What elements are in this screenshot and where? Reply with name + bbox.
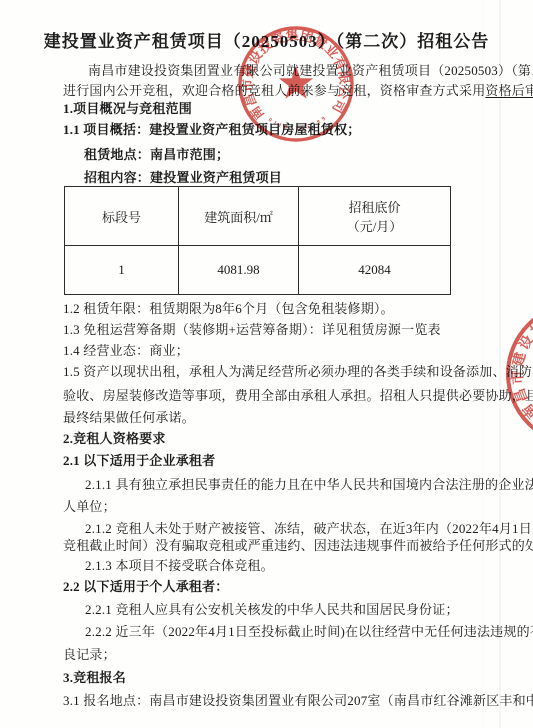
item-2-2-2-line2: 良记录；	[63, 647, 116, 663]
table-cell-area: 4081.98	[179, 246, 299, 295]
intro-line-2: 进行国内公开竞租，欢迎合格的竞租人前来参与竞租，资格审查方式采用资格后审。	[63, 83, 533, 99]
item-1-5-line1: 1.5 资产以现状出租，承租人为满足经营所必须办理的各类手续和设备添加、消防改造	[63, 364, 533, 380]
lease-location: 租赁地点：南昌市范围；	[84, 147, 229, 163]
scanned-document-page: 建投置业资产租赁项目（20250503）（第二次）招租公告 南昌市建设投资集团置…	[0, 0, 533, 728]
table-cell-section-no: 1	[65, 246, 179, 295]
table-header-section-no: 标段号	[65, 187, 179, 246]
item-2-1-1-line1: 2.1.1 具有独立承担民事责任的能力且在中华人民共和国境内合法注册的企业法	[85, 477, 533, 493]
item-2-2-1: 2.2.1 竞租人应具有公安机关核发的中华人民共和国居民身份证；	[85, 602, 459, 618]
item-1-5-line3: 最终结果做任何承诺。	[63, 410, 195, 426]
item-2-1-1-line2: 人单位；	[63, 499, 116, 515]
item-2-1-2-line1: 2.1.2 竞租人未处于财产被接管、冻结，破产状态，在近3年内（2022年4月1…	[85, 521, 533, 537]
item-2-2-2-line1: 2.2.2 近三年（2022年4月1日至投标截止时间)在以往经营中无任何违法违规…	[85, 624, 533, 640]
section2-heading: 2.竞租人资格要求	[63, 431, 166, 447]
item-1-3: 1.3 免租运营筹备期（装修期+运营筹备期）：详见租赁房源一览表	[63, 322, 441, 338]
intro-line-1: 南昌市建设投资集团置业有限公司就建投置业资产租赁项目（20250503）（第二次…	[88, 63, 533, 79]
bid-sections-table: 标段号 建筑面积/㎡ 招租底价 （元/月） 1 4081.98 42084	[64, 186, 451, 295]
page-title: 建投置业资产租赁项目（20250503）（第二次）招租公告	[0, 34, 533, 50]
section3-heading: 3.竞租报名	[63, 670, 126, 686]
item-2-1: 2.1 以下适用于企业承租者	[63, 453, 215, 469]
item-2-2: 2.2 以下适用于个人承租者：	[63, 579, 229, 595]
table-header-base-price-line2: （元/月）	[299, 216, 450, 235]
table-header-area: 建筑面积/㎡	[179, 187, 299, 246]
item-3-1: 3.1 报名地点：南昌市建设投资集团置业有限公司207室（南昌市红谷滩新区丰和中…	[63, 693, 533, 709]
table-row: 1 4081.98 42084	[65, 246, 451, 295]
item-1-2: 1.2 租赁年限：租赁期限为8年6个月（包含免租装修期）。	[63, 301, 394, 317]
lease-content: 招租内容：建投置业资产租赁项目	[84, 170, 282, 186]
qualification-review-underlined: 资格后审	[485, 83, 533, 98]
item-2-1-2-line2: 竞租截止时间）没有骗取竞租或严重违约、因违法违规事件而被给予任何形式的处罚；	[63, 538, 533, 554]
section1-heading: 1.项目概况与竞租范围	[63, 101, 192, 117]
table-header-base-price-line1: 招租底价	[299, 197, 450, 216]
table-cell-base-price: 42084	[299, 246, 451, 295]
item-1-5-line2: 验收、房屋装修改造等事项，费用全部由承租人承担。招租人只提供必要协助，且不对	[63, 388, 533, 404]
intro-line-2-prefix: 进行国内公开竞租，欢迎合格的竞租人前来参与竞租，资格审查方式采用	[63, 83, 485, 98]
item-1-4: 1.4 经营业态：商业；	[63, 343, 189, 359]
item-1-1: 1.1 项目概括：建投置业资产租赁项目房屋租赁权；	[63, 122, 361, 138]
table-header-base-price: 招租底价 （元/月）	[299, 187, 451, 246]
item-2-1-3: 2.1.3 本项目不接受联合体竞租。	[85, 558, 274, 574]
